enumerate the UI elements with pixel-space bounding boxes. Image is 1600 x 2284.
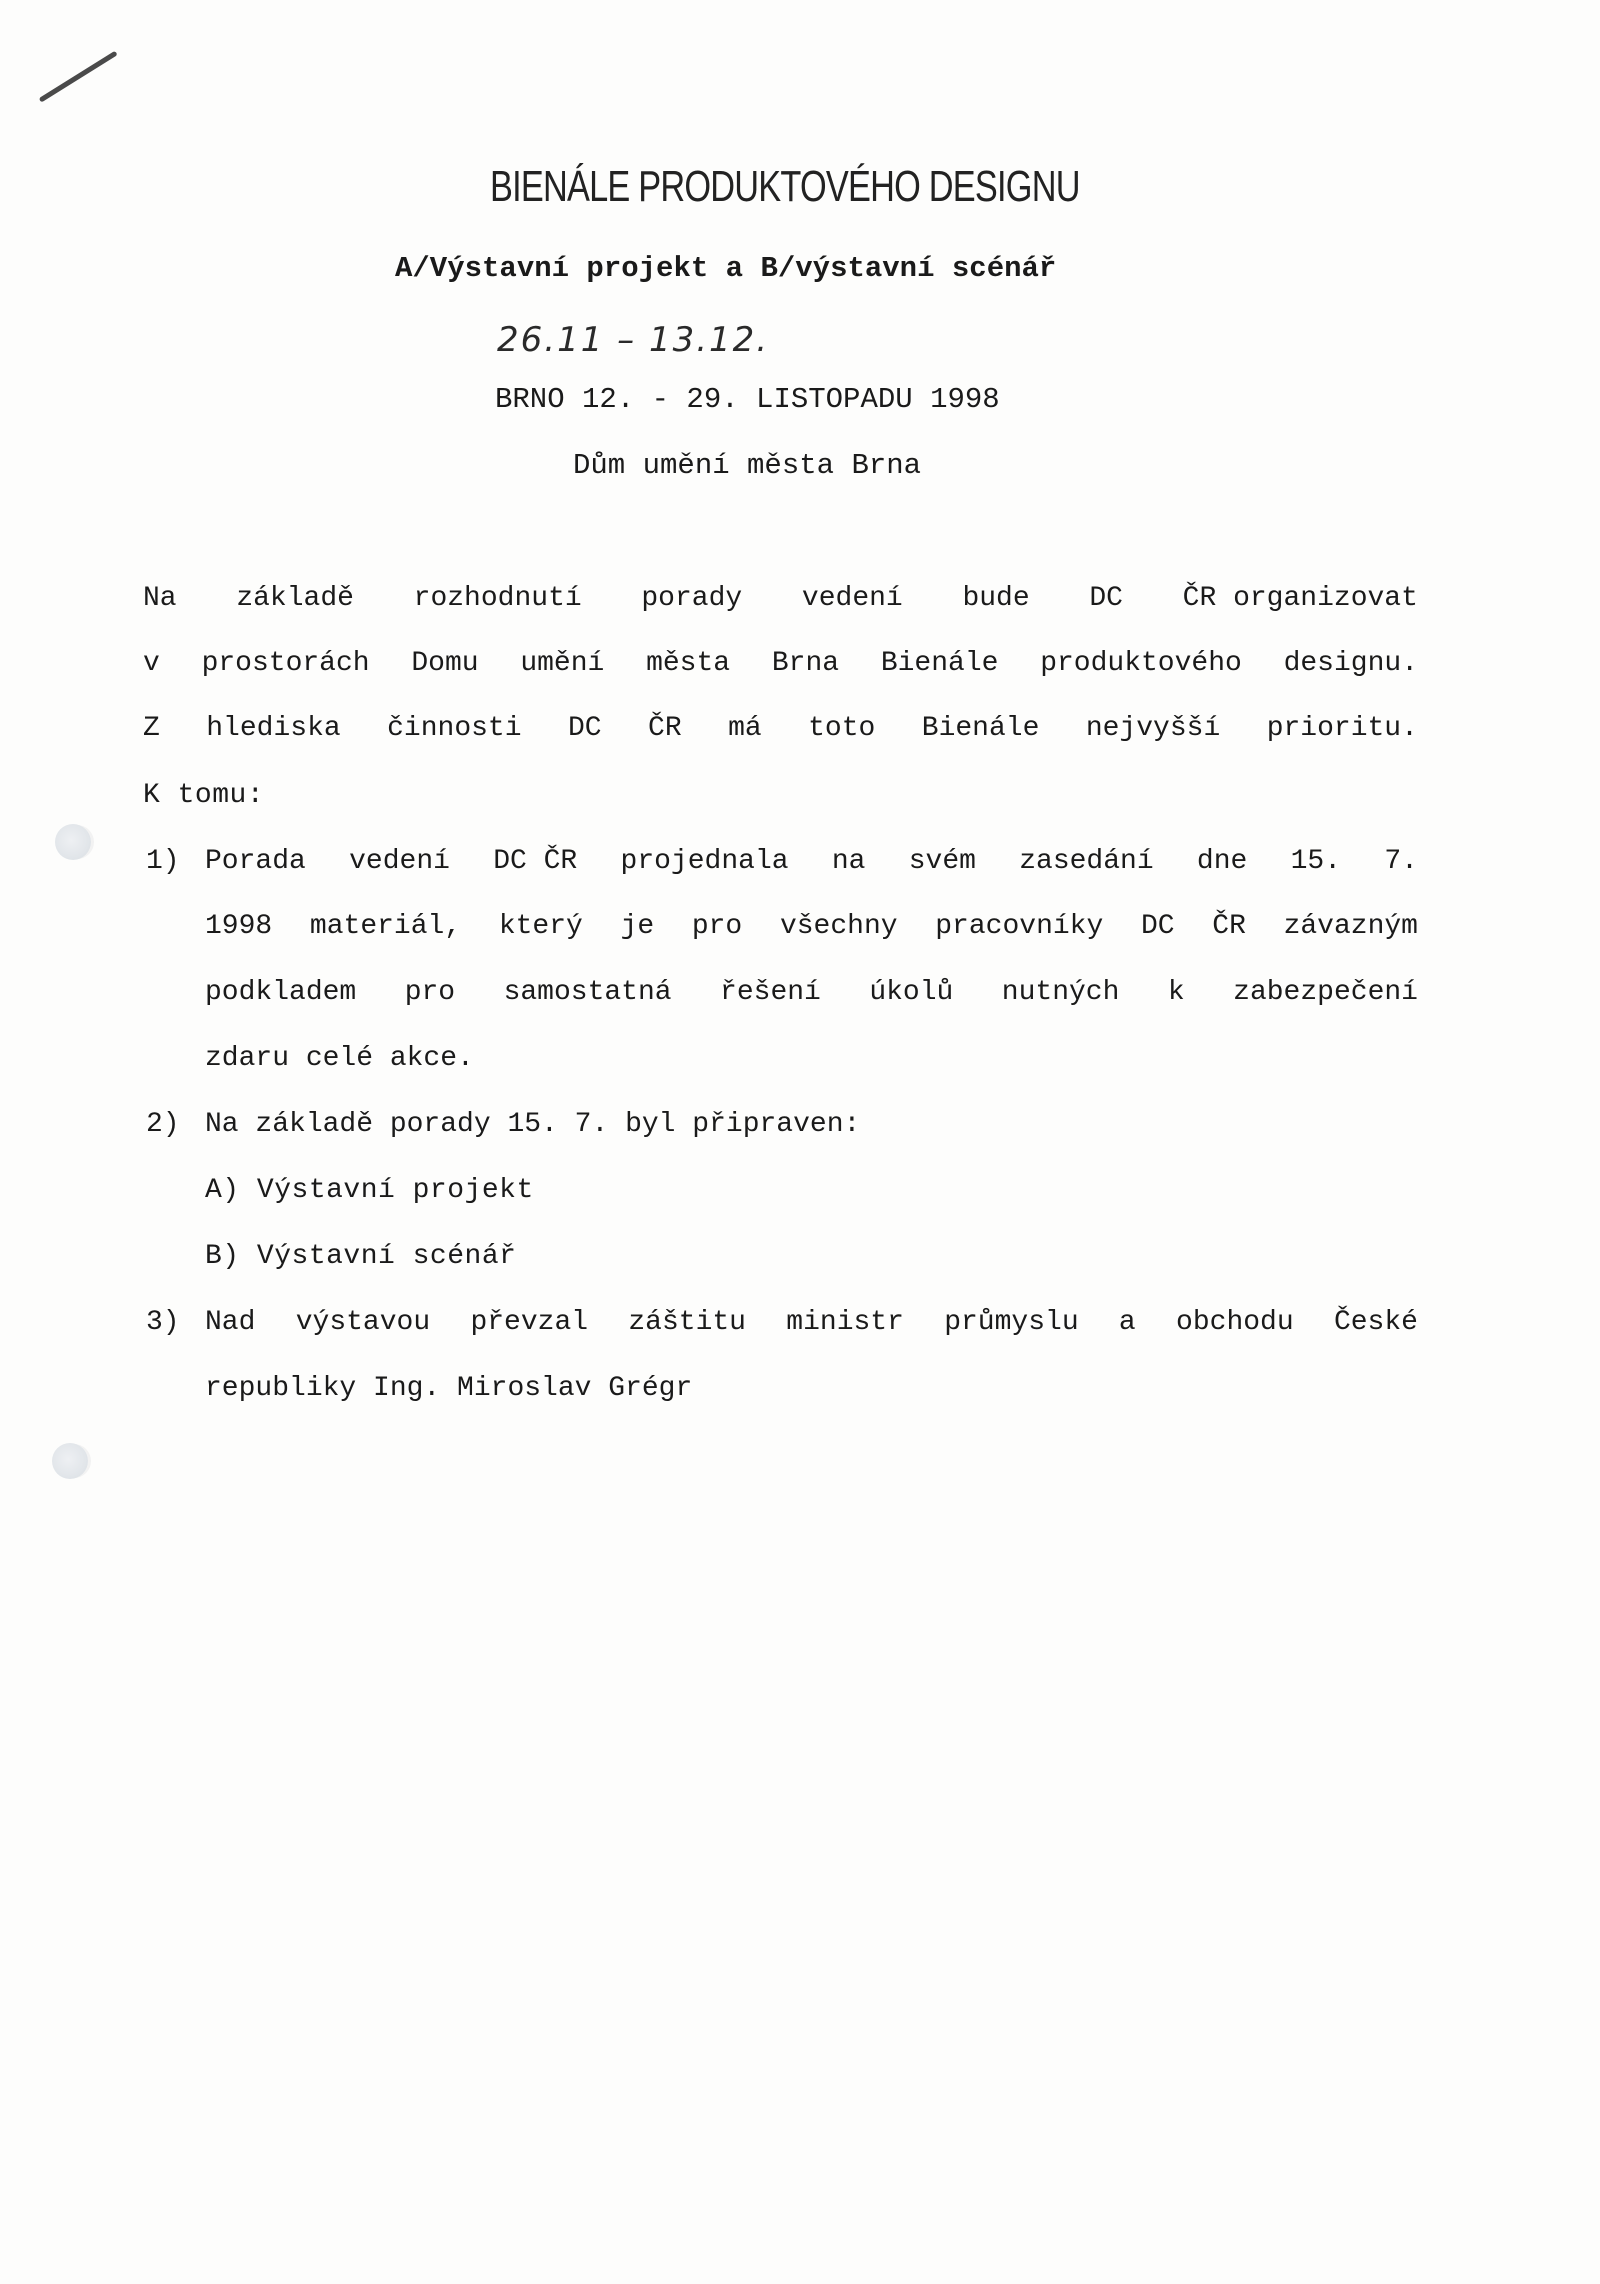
- word: nutných: [1002, 977, 1120, 1008]
- document-page: BIENÁLE PRODUKTOVÉHO DESIGNU A/Výstavní …: [0, 0, 1600, 2284]
- point-3-line-1: Nadvýstavoupřevzalzáštituministrprůmyslu…: [205, 1307, 1418, 1338]
- point-2-subitem-a: A) Výstavní projekt: [205, 1175, 534, 1206]
- word: Porada: [205, 846, 306, 877]
- word: je: [621, 911, 655, 942]
- word: produktového: [1040, 648, 1242, 679]
- word: hlediska: [206, 713, 340, 744]
- word: materiál,: [310, 911, 461, 942]
- word: vedení: [802, 583, 903, 614]
- document-title: BIENÁLE PRODUKTOVÉHO DESIGNU: [490, 162, 1080, 212]
- word: Bienále: [922, 713, 1040, 744]
- word: úkolů: [869, 977, 953, 1008]
- word: řešení: [720, 977, 821, 1008]
- event-dates: BRNO 12. - 29. LISTOPADU 1998: [495, 383, 1000, 416]
- word: bude: [962, 583, 1029, 614]
- word: který: [499, 911, 583, 942]
- word: Na: [143, 583, 177, 614]
- word: porady: [641, 583, 742, 614]
- word: závazným: [1284, 911, 1418, 942]
- intro-line-3: ZhlediskačinnostiDCČRmátotoBienálenejvyš…: [143, 713, 1418, 744]
- point-1-line-3: podklademprosamostatnářešeníúkolůnutných…: [205, 977, 1418, 1008]
- word: města: [646, 648, 730, 679]
- word: pracovníky: [935, 911, 1103, 942]
- point-1-line-4: zdaru celé akce.: [205, 1043, 1418, 1074]
- punch-hole-icon: [52, 1443, 88, 1479]
- word: má: [728, 713, 762, 744]
- word: ministr: [786, 1307, 904, 1338]
- word: České: [1334, 1307, 1418, 1338]
- point-2-subitem-b: B) Výstavní scénář: [205, 1241, 516, 1272]
- word: prostorách: [202, 648, 370, 679]
- word: ČR: [648, 713, 682, 744]
- point-3-line-2: republiky Ing. Miroslav Grégr: [205, 1373, 1418, 1404]
- word: DC: [568, 713, 602, 744]
- word: ČR organizovat: [1183, 583, 1418, 614]
- word: nejvyšší: [1086, 713, 1220, 744]
- document-subtitle: A/Výstavní projekt a B/výstavní scénář: [395, 252, 1056, 285]
- word: 1998: [205, 911, 272, 942]
- word: základě: [236, 583, 354, 614]
- word: v: [143, 648, 160, 679]
- intro-line-2: vprostoráchDomuuměníměstaBrnaBienáleprod…: [143, 648, 1418, 679]
- word: Na základě porady 15. 7. byl připraven:: [205, 1109, 860, 1140]
- event-venue: Dům umění města Brna: [573, 449, 921, 482]
- point-number: 1): [146, 846, 180, 877]
- word: toto: [808, 713, 875, 744]
- intro-line-4: K tomu:: [143, 780, 264, 811]
- word: pro: [405, 977, 455, 1008]
- point-2-line-1: Na základě porady 15. 7. byl připraven:: [205, 1109, 1418, 1140]
- word: svém: [909, 846, 976, 877]
- word: zdaru celé akce.: [205, 1043, 474, 1074]
- word: výstavou: [296, 1307, 430, 1338]
- point-1-line-2: 1998materiál,kterýjeprovšechnypracovníky…: [205, 911, 1418, 942]
- word: 7.: [1384, 846, 1418, 877]
- word: Bienále: [881, 648, 999, 679]
- word: projednala: [621, 846, 789, 877]
- word: Z: [143, 713, 160, 744]
- point-1-line-1: PoradavedeníDC ČRprojednalanasvémzasedán…: [205, 846, 1418, 877]
- point-number: 3): [146, 1307, 180, 1338]
- intro-line-1: NazákladěrozhodnutíporadyvedeníbudeDCČR …: [143, 583, 1418, 614]
- word: Domu: [411, 648, 478, 679]
- word: DC: [1141, 911, 1175, 942]
- word: rozhodnutí: [414, 583, 582, 614]
- word: samostatná: [504, 977, 672, 1008]
- word: republiky Ing. Miroslav Grégr: [205, 1373, 692, 1404]
- word: DC ČR: [493, 846, 577, 877]
- word: umění: [520, 648, 604, 679]
- word: dne: [1197, 846, 1247, 877]
- punch-hole-icon: [55, 824, 91, 860]
- word: zasedání: [1019, 846, 1153, 877]
- word: k: [1168, 977, 1185, 1008]
- word: a: [1119, 1307, 1136, 1338]
- word: obchodu: [1176, 1307, 1294, 1338]
- word: činnosti: [387, 713, 521, 744]
- staple-mark-icon: [39, 51, 118, 103]
- word: ČR: [1212, 911, 1246, 942]
- word: průmyslu: [944, 1307, 1078, 1338]
- word: záštitu: [628, 1307, 746, 1338]
- word: Nad: [205, 1307, 255, 1338]
- handwritten-note: 26.11 – 13.12.: [497, 320, 769, 360]
- word: DC: [1089, 583, 1123, 614]
- word: vedení: [349, 846, 450, 877]
- word: prioritu.: [1267, 713, 1418, 744]
- point-number: 2): [146, 1109, 180, 1140]
- word: podkladem: [205, 977, 356, 1008]
- word: zabezpečení: [1233, 977, 1418, 1008]
- word: všechny: [780, 911, 898, 942]
- word: designu.: [1284, 648, 1418, 679]
- word: pro: [692, 911, 742, 942]
- word: Brna: [772, 648, 839, 679]
- word: 15.: [1291, 846, 1341, 877]
- word: na: [832, 846, 866, 877]
- word: převzal: [470, 1307, 588, 1338]
